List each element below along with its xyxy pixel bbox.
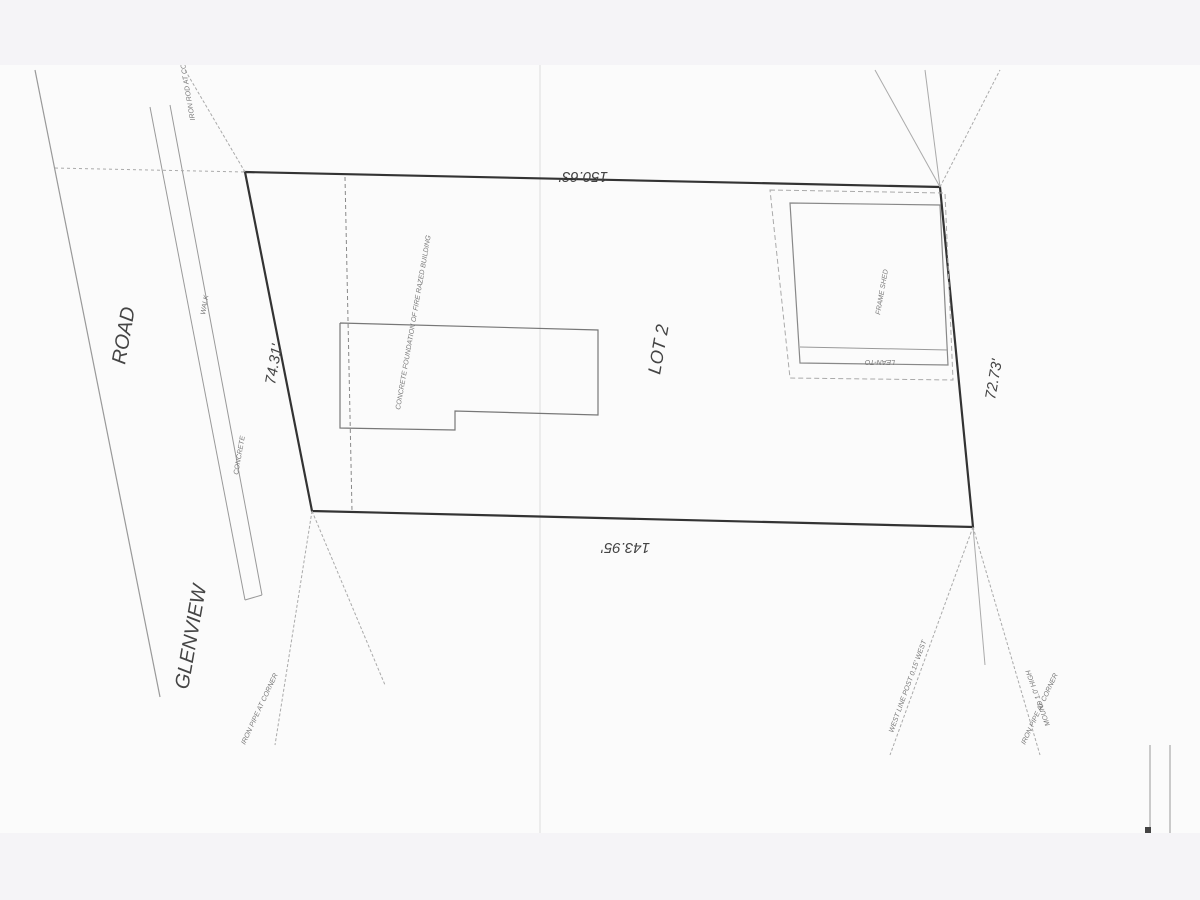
lean-to-label: LEAN-TO bbox=[864, 358, 895, 365]
dimension-south: 143.95' bbox=[600, 539, 650, 556]
survey-sheet: GLENVIEW ROAD CONCRETE WALK LOT 2 150.63… bbox=[0, 65, 1200, 833]
shed-label: FRAME SHED bbox=[875, 269, 890, 315]
note-se-post: WEST LINE POST 0.15' WEST bbox=[888, 639, 928, 734]
note-ne-corner: IRON ROD AT CORNER bbox=[177, 65, 197, 121]
street-name-road: ROAD bbox=[108, 305, 140, 366]
note-sw-corner: IRON PIPE AT CORNER bbox=[240, 672, 279, 745]
building-label: CONCRETE FOUNDATION OF FIRE RAZED BUILDI… bbox=[395, 234, 433, 410]
walk-label-concrete: CONCRETE bbox=[233, 435, 247, 475]
dimension-east: 72.73' bbox=[982, 357, 1006, 401]
street-name-glenview: GLENVIEW bbox=[171, 581, 211, 691]
lot-label: LOT 2 bbox=[644, 323, 672, 376]
dimension-west: 74.31' bbox=[262, 342, 286, 386]
dimension-north: 150.63' bbox=[558, 168, 608, 185]
survey-drawing: GLENVIEW ROAD CONCRETE WALK LOT 2 150.63… bbox=[0, 65, 1200, 833]
